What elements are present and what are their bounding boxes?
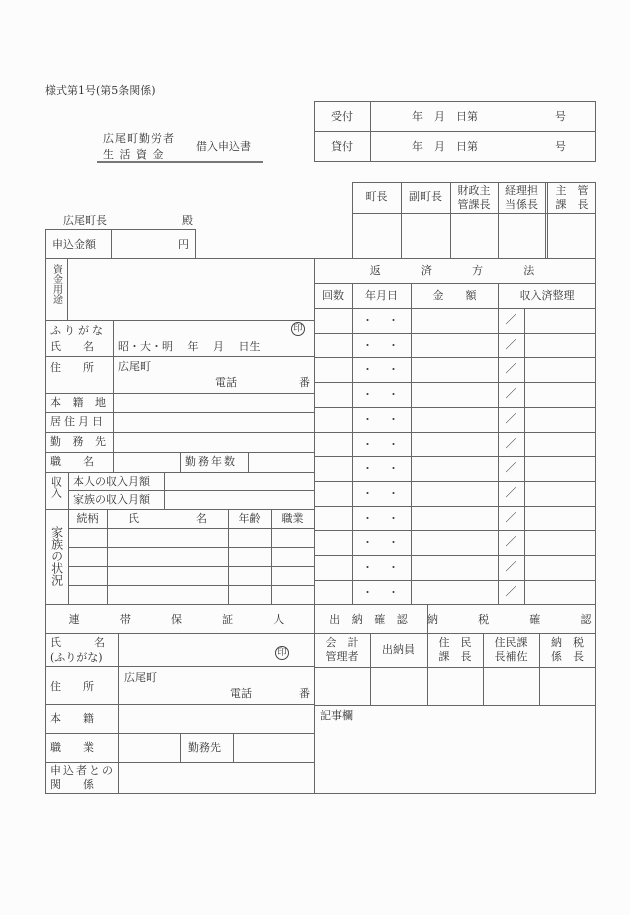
income-label: 収入	[50, 476, 62, 498]
family-rows[interactable]	[69, 529, 313, 603]
treasury-col1-l1: 会 計	[314, 637, 370, 648]
repayment-date[interactable]: ・ ・	[352, 315, 411, 326]
receipt-slash: ／	[498, 561, 524, 572]
tax-col2-l1: 住民課	[483, 637, 539, 648]
occupation-label: 職 名	[50, 456, 94, 467]
residence-date-label: 居住月日	[50, 416, 106, 427]
tax-col1-l2: 課 長	[427, 651, 483, 662]
receipt-slash: ／	[498, 438, 524, 449]
notes-label: 記事欄	[320, 710, 353, 721]
domicile-label: 本 籍 地	[50, 397, 110, 408]
receipt-slash: ／	[498, 413, 524, 424]
guarantor-furigana-label: (ふりがな)	[50, 652, 103, 663]
approval-chief-1: 主 管	[548, 185, 596, 196]
approval-chief-2: 課 長	[548, 199, 596, 210]
addressee-name: 広尾町長	[63, 215, 107, 226]
tax-title: 納 税 確 認	[427, 614, 596, 625]
guarantor-relation-label-1: 申込者との	[50, 765, 115, 776]
repayment-date[interactable]: ・ ・	[352, 562, 411, 573]
repayment-header-date: 年月日	[352, 290, 411, 301]
guarantor-name-label: 氏 名	[50, 637, 105, 648]
phone-suffix: 番	[299, 377, 310, 388]
receipt-slash: ／	[498, 388, 524, 399]
repayment-title: 返 済 方 法	[314, 265, 596, 276]
loan-amount-input[interactable]	[112, 230, 182, 258]
family-header-relation: 続柄	[68, 513, 107, 524]
address-value[interactable]: 広尾町	[118, 361, 151, 372]
repayment-header-amount: 金 額	[411, 290, 498, 301]
family-header-age: 年齢	[228, 513, 271, 524]
receipt-slash: ／	[498, 363, 524, 374]
birth-date[interactable]: 昭・大・明 年 月 日生	[118, 341, 261, 352]
received-date[interactable]: 年 月 日第	[412, 111, 478, 122]
loaned-suffix: 号	[555, 141, 566, 152]
repayment-header-count: 回数	[314, 290, 352, 301]
tax-col1-l1: 住 民	[427, 637, 483, 648]
family-header-given: 名	[196, 513, 207, 524]
repayment-date[interactable]: ・ ・	[352, 364, 411, 375]
treasury-col2: 出納員	[370, 644, 427, 655]
family-header-job: 職業	[271, 513, 314, 524]
title-main: 借入申込書	[196, 141, 251, 152]
domicile-input[interactable]	[114, 394, 313, 412]
loaned-date[interactable]: 年 月 日第	[412, 141, 478, 152]
guarantor-domicile-label: 本 籍	[50, 713, 94, 724]
repayment-date[interactable]: ・ ・	[352, 513, 411, 524]
receipt-slash: ／	[498, 339, 524, 350]
purpose-input[interactable]	[68, 259, 313, 319]
receipt-slash: ／	[498, 487, 524, 498]
treasury-title: 出 納 確 認	[314, 614, 427, 625]
family-label: 家族の状況	[50, 526, 63, 586]
guarantor-address-value[interactable]: 広尾町	[124, 672, 157, 683]
tax-col2-l2: 長補佐	[483, 651, 539, 662]
addressee-honorific: 殿	[182, 215, 193, 226]
receipt-slash: ／	[498, 586, 524, 597]
repayment-date[interactable]: ・ ・	[352, 389, 411, 400]
workplace-input[interactable]	[114, 433, 313, 451]
workplace-label: 勤 務 先	[50, 436, 110, 447]
repayment-date[interactable]: ・ ・	[352, 537, 411, 548]
guarantor-title: 連 帯 保 証 人	[45, 614, 314, 625]
furigana-label: ふりがな	[50, 325, 106, 336]
approval-finance-1: 財政主	[450, 185, 498, 196]
guarantor-relation-label-2: 関 係	[50, 779, 94, 790]
repayment-date[interactable]: ・ ・	[352, 340, 411, 351]
approval-finance-2: 管課長	[450, 199, 498, 210]
tax-col3-l2: 係 長	[539, 651, 596, 662]
years-label: 勤務年数	[185, 456, 237, 467]
tax-col3-l1: 納 税	[539, 637, 596, 648]
family-income-label: 家族の収入月額	[73, 494, 150, 505]
family-header-surname: 氏	[128, 513, 139, 524]
name-label: 氏 名	[50, 341, 94, 352]
repayment-date[interactable]: ・ ・	[352, 488, 411, 499]
loaned-label: 貸付	[314, 141, 370, 152]
guarantor-phone-label: 電話	[230, 688, 252, 699]
receipt-slash: ／	[498, 314, 524, 325]
receipt-slash: ／	[498, 462, 524, 473]
title-underline	[97, 161, 263, 163]
repayment-date[interactable]: ・ ・	[352, 587, 411, 598]
loan-amount-unit: 円	[178, 239, 189, 250]
guarantor-phone-suffix: 番	[299, 688, 310, 699]
purpose-label: 資金用途	[50, 264, 61, 304]
guarantor-address-label: 住 所	[50, 681, 94, 692]
guarantor-occupation-label: 職 業	[50, 742, 94, 753]
loan-amount-label: 申込金額	[52, 239, 96, 250]
approval-accounting-1: 経理担	[498, 185, 545, 196]
repayment-date[interactable]: ・ ・	[352, 439, 411, 450]
approval-mayor: 町長	[352, 191, 401, 202]
repayment-header-receipt: 収入済整理	[498, 290, 596, 301]
guarantor-seal-icon: 印	[275, 646, 289, 660]
notes-input[interactable]	[316, 725, 594, 791]
seal-icon: 印	[291, 322, 305, 336]
repayment-date[interactable]: ・ ・	[352, 463, 411, 474]
phone-label: 電話	[215, 377, 237, 388]
treasury-col1-l2: 管理者	[314, 651, 370, 662]
receipt-slash: ／	[498, 536, 524, 547]
form-id: 様式第1号(第5条関係)	[45, 85, 156, 96]
received-suffix: 号	[555, 111, 566, 122]
received-label: 受付	[314, 111, 370, 122]
guarantor-workplace-label: 勤務先	[188, 742, 221, 753]
residence-date-input[interactable]	[114, 413, 313, 431]
title-line2: 生 活 資 金	[103, 149, 165, 160]
own-income-label: 本人の収入月額	[73, 476, 150, 487]
approval-deputy-mayor: 副町長	[401, 191, 450, 202]
address-label: 住 所	[50, 362, 94, 373]
repayment-date[interactable]: ・ ・	[352, 414, 411, 425]
receipt-slash: ／	[498, 512, 524, 523]
approval-accounting-2: 当係長	[498, 199, 545, 210]
title-line1: 広尾町勤労者	[103, 133, 175, 144]
